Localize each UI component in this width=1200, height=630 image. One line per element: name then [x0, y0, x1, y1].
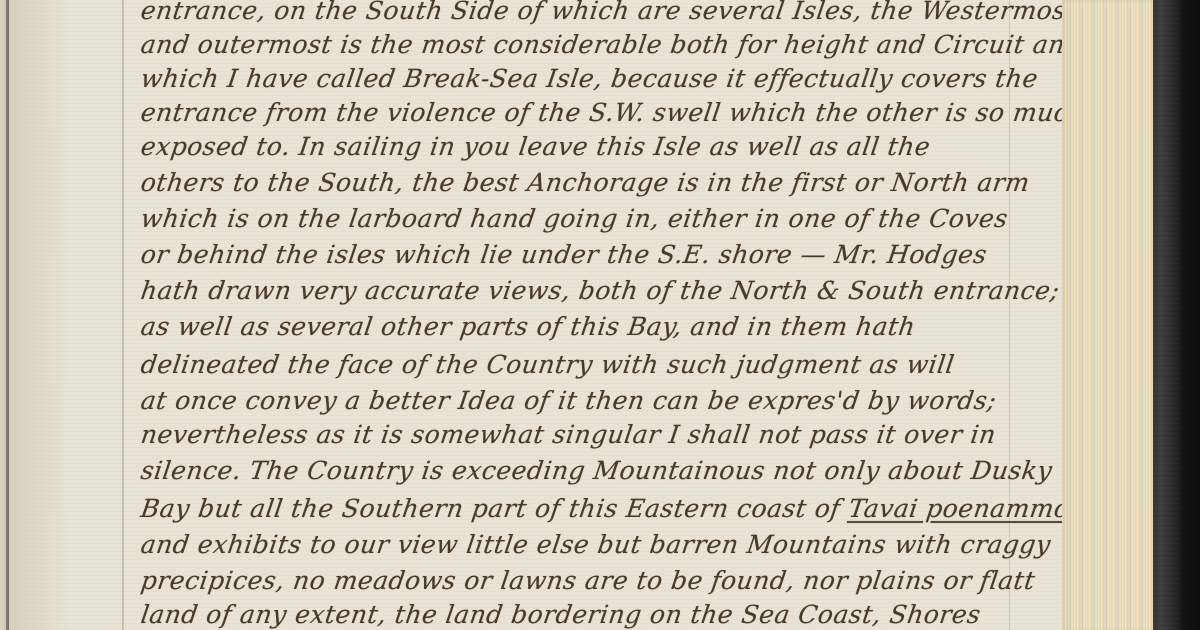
text-line: and exhibits to our view little else but…	[139, 530, 1053, 559]
text-line: precipices, no meadows or lawns are to b…	[139, 566, 1037, 595]
text-line: delineated the face of the Country with …	[139, 350, 956, 379]
left-margin-rule	[122, 0, 124, 630]
manuscript-page: entrance, on the South Side of which are…	[9, 0, 1072, 630]
text-line-main: Bay but all the Southern part of this Ea…	[139, 494, 842, 523]
text-line: and outermost is the most considerable b…	[139, 30, 1084, 59]
text-line: or behind the isles which lie under the …	[139, 240, 989, 269]
text-line: hath drawn very accurate views, both of …	[139, 276, 1062, 305]
text-line: nevertheless as it is somewhat singular …	[139, 420, 998, 449]
manuscript-photo: entrance, on the South Side of which are…	[0, 0, 1200, 630]
text-line: entrance, on the South Side of which are…	[139, 0, 1078, 25]
text-line: entrance from the violence of the S.W. s…	[139, 98, 1087, 127]
text-line: which I have called Break-Sea Isle, beca…	[139, 64, 1040, 93]
text-line: which is on the larboard hand going in, …	[139, 204, 1010, 233]
text-line: at once convey a better Idea of it then …	[139, 386, 998, 415]
text-line: silence. The Country is exceeding Mounta…	[139, 456, 1054, 485]
text-line: Bay but all the Southern part of this Ea…	[139, 494, 1087, 523]
text-line: exposed to. In sailing in you leave this…	[139, 132, 932, 161]
text-line: others to the South, the best Anchorage …	[139, 168, 1032, 197]
binding-texture	[1153, 0, 1180, 630]
page-edges-stack	[1062, 0, 1154, 630]
text-line: land of any extent, the land bordering o…	[139, 600, 983, 629]
text-line: as well as several other parts of this B…	[139, 312, 917, 341]
underlined-place-name: Tavai poenammoo	[847, 494, 1088, 523]
